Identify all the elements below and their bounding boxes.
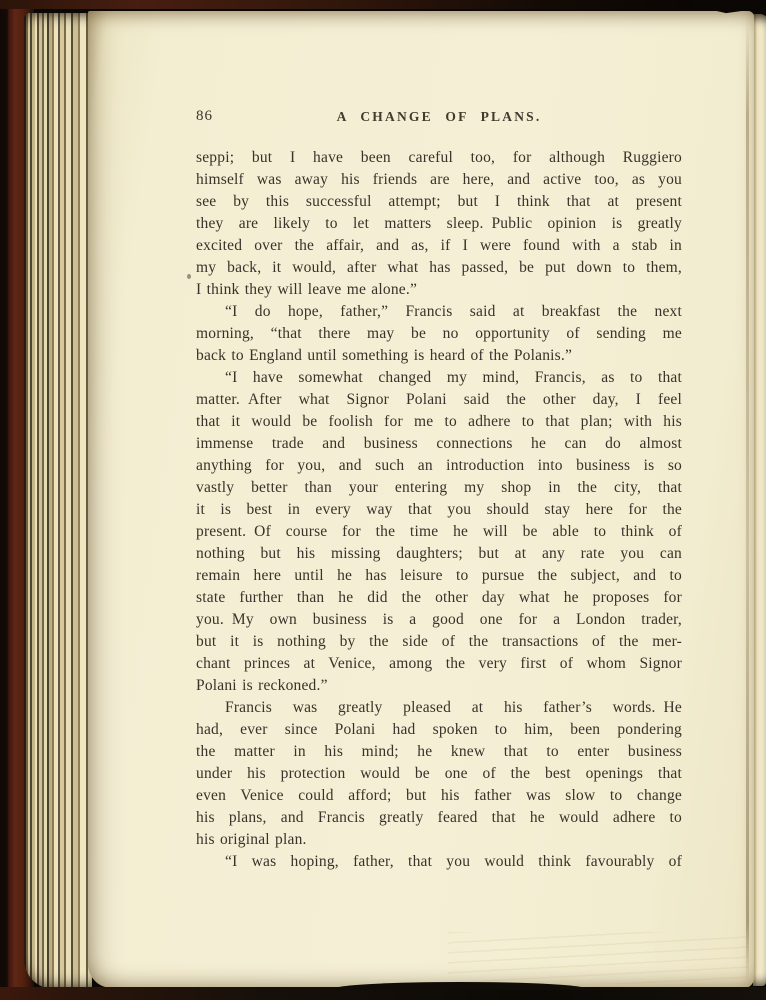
text-line: his original plan. (196, 829, 682, 851)
book-top-edge (0, 0, 766, 9)
text-line: but it is nothing by the side of the tra… (196, 631, 682, 653)
text-block: seppi; but I have been careful too, for … (196, 147, 682, 873)
paragraph: “I was hoping, father, that you would th… (196, 851, 682, 873)
text-line: morning, “that there may be no opportuni… (196, 323, 682, 345)
text-line: present. Of course for the time he will … (196, 521, 682, 543)
text-line: had, ever since Polani had spoken to him… (196, 719, 682, 741)
text-line: I think they will leave me alone.” (196, 279, 682, 301)
text-line: “I have somewhat changed my mind, Franci… (196, 367, 682, 389)
text-line: himself was away his friends are here, a… (196, 169, 682, 191)
text-line: nothing but his missing daughters; but a… (196, 543, 682, 565)
text-line: “I was hoping, father, that you would th… (196, 851, 682, 873)
text-line: that it would be foolish for me to adher… (196, 411, 682, 433)
text-line: back to England until something is heard… (196, 345, 682, 367)
text-line: remain here until he has leisure to purs… (196, 565, 682, 587)
running-header: A CHANGE OF PLANS. (196, 108, 682, 125)
paragraph: Francis was greatly pleased at his fathe… (196, 697, 682, 851)
text-line: excited over the affair, and as, if I we… (196, 235, 682, 257)
text-line: immense trade and business connections h… (196, 433, 682, 455)
text-line: it is best in every way that you should … (196, 499, 682, 521)
page-curl-lines (448, 932, 748, 984)
text-line: the matter in his mind; he knew that to … (196, 741, 682, 763)
paragraph: seppi; but I have been careful too, for … (196, 147, 682, 301)
book-page: 86 A CHANGE OF PLANS. seppi; but I have … (88, 11, 754, 988)
text-line: “I do hope, father,” Francis said at bre… (196, 301, 682, 323)
text-line: vastly better than your entering my shop… (196, 477, 682, 499)
bottom-edge-wave (335, 982, 585, 990)
text-line: see by this successful attempt; but I th… (196, 191, 682, 213)
text-line: seppi; but I have been careful too, for … (196, 147, 682, 169)
text-line: my back, it would, after what has passed… (196, 257, 682, 279)
text-line: anything for you, and such an introducti… (196, 455, 682, 477)
text-line: under his protection would be one of the… (196, 763, 682, 785)
page-edges-stack (24, 13, 92, 989)
page-number: 86 (196, 108, 213, 125)
text-line: state further than he did the other day … (196, 587, 682, 609)
paragraph: “I have somewhat changed my mind, Franci… (196, 367, 682, 697)
page-header: 86 A CHANGE OF PLANS. (196, 108, 682, 128)
book-scan: 86 A CHANGE OF PLANS. seppi; but I have … (0, 0, 766, 1000)
text-line: Polani is reckoned.” (196, 675, 682, 697)
text-line: chant princes at Venice, among the very … (196, 653, 682, 675)
text-line: you. My own business is a good one for a… (196, 609, 682, 631)
paper-speck (187, 274, 191, 279)
text-line: Francis was greatly pleased at his fathe… (196, 697, 682, 719)
text-line: his plans, and Francis greatly feared th… (196, 807, 682, 829)
text-line: matter. After what Signor Polani said th… (196, 389, 682, 411)
paragraph: “I do hope, father,” Francis said at bre… (196, 301, 682, 367)
text-line: even Venice could afford; but his father… (196, 785, 682, 807)
page-crease (746, 19, 749, 982)
text-line: they are likely to let matters sleep. Pu… (196, 213, 682, 235)
page-edge-right (753, 14, 766, 986)
